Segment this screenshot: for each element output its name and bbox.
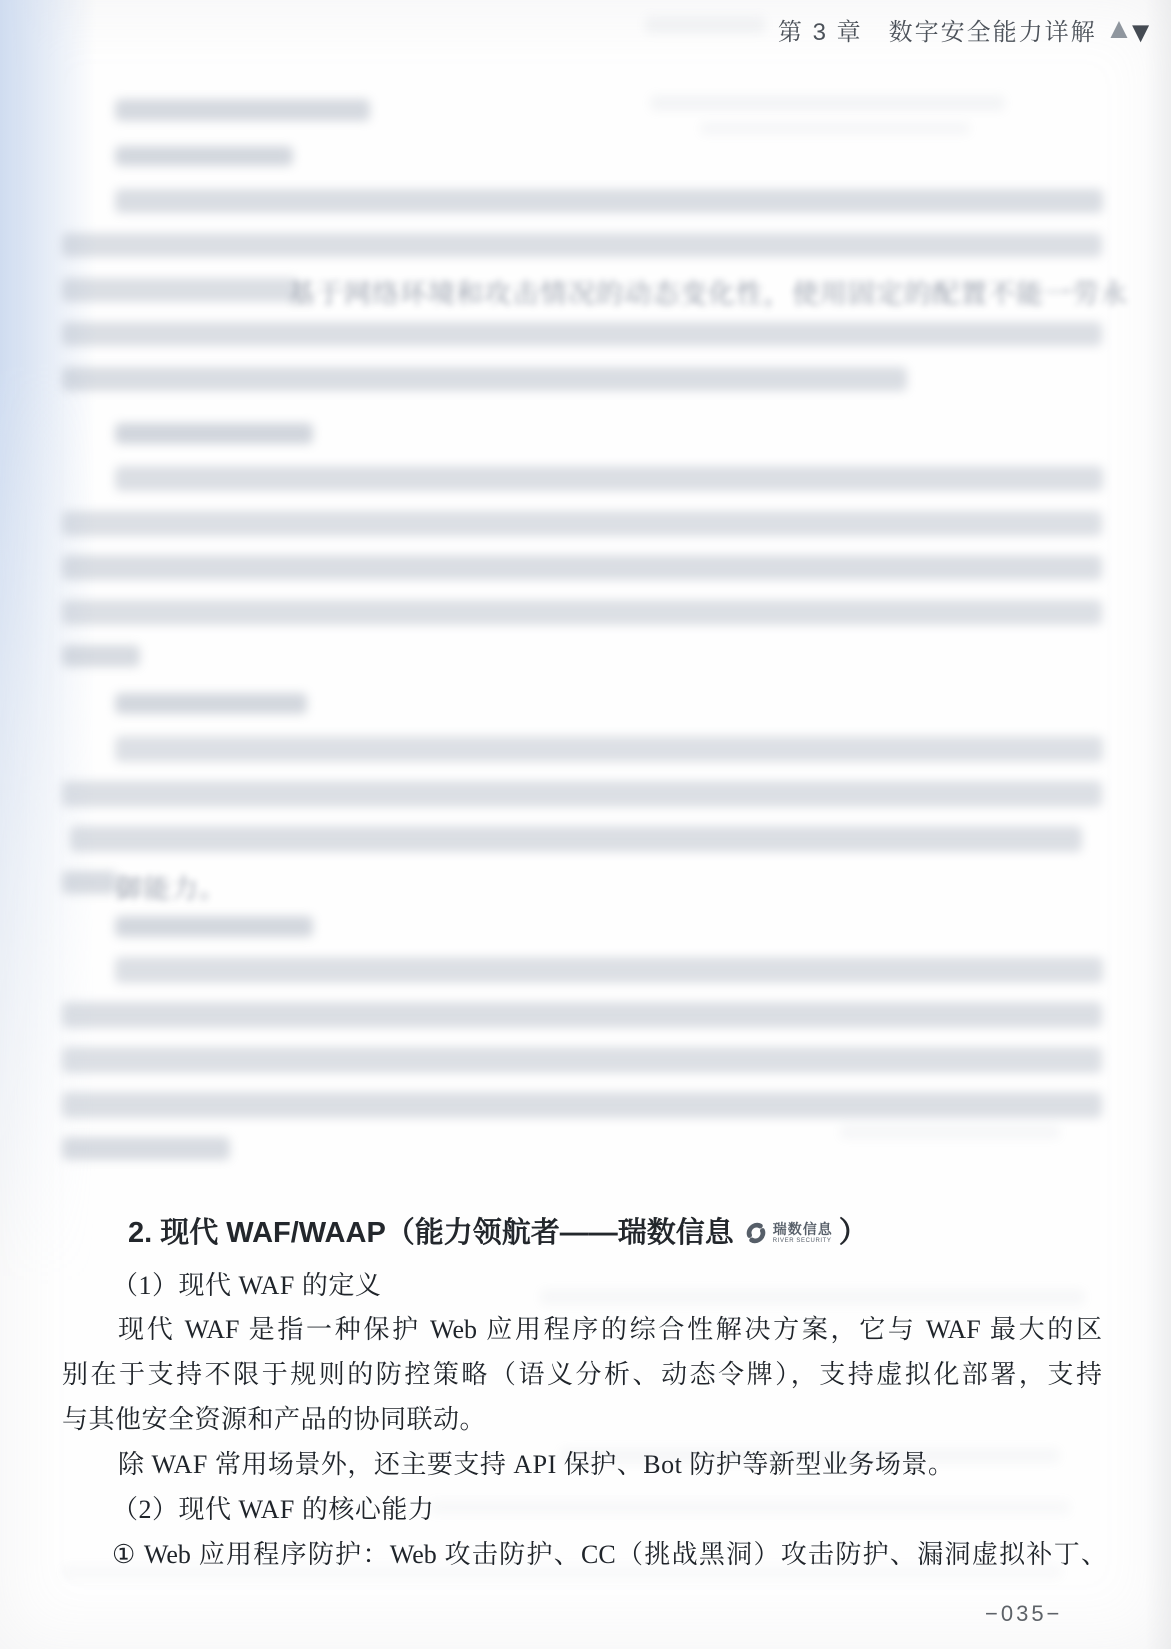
blurred-text-line [115, 916, 313, 937]
blurred-text-line [115, 736, 1103, 762]
blurred-text-line [650, 95, 1005, 111]
blurred-text-line [62, 322, 1102, 346]
blurred-text-line [115, 466, 1103, 491]
blurred-text-line [700, 122, 970, 135]
river-security-logo: 瑞数信息 RIVER SECURITY [744, 1220, 833, 1246]
right-edge-scan-shading [1145, 0, 1171, 1649]
blurred-text-line [62, 871, 117, 894]
blurred-text-line [115, 146, 293, 166]
body-line: ① Web 应用程序防护：Web 攻击防护、CC（挑战黑洞）攻击防护、漏洞虚拟补… [112, 1534, 1107, 1571]
section-heading-close-paren: ） [839, 1210, 868, 1251]
blurred-text-line [62, 367, 907, 391]
page-header: 第 3 章 数字安全能力详解 ▲ ▼ [778, 12, 1155, 47]
blurred-text-line [115, 423, 313, 444]
blurred-text-line [62, 645, 140, 667]
blurred-text-line [62, 511, 1102, 536]
blurred-text-line [62, 233, 1102, 257]
body-line: （2）现代 WAF 的核心能力 [112, 1489, 434, 1526]
blurred-text-line [115, 189, 1103, 213]
vendor-logo-text: 瑞数信息 RIVER SECURITY [773, 1222, 833, 1244]
swirl-logo-icon [742, 1220, 770, 1246]
blurred-text-line [430, 1500, 1070, 1515]
blurred-text-line [70, 826, 1082, 852]
section-heading: 2. 现代 WAF/WAAP（能力领航者——瑞数信息 瑞数信息 RIVER SE… [128, 1210, 868, 1251]
blurred-text-line [840, 1125, 1060, 1139]
blurred-text-line [62, 1002, 1102, 1028]
section-heading-text: 2. 现代 WAF/WAAP（能力领航者——瑞数信息 [128, 1210, 734, 1251]
blurred-text-line [62, 278, 297, 302]
blurred-text-line [62, 1137, 230, 1160]
blurred-text-line [645, 16, 765, 34]
vendor-subtitle: RIVER SECURITY [773, 1238, 833, 1244]
semi-legible-text: 御能力。 [115, 867, 227, 906]
blurred-text-line [115, 957, 1103, 983]
semi-legible-text: 基于网络环境和攻击情况的动态变化性，使用固定的配置不能一劳永 [288, 272, 1128, 311]
blurred-text-line [540, 1289, 1085, 1305]
blurred-text-line [115, 693, 307, 714]
body-line: 与其他安全资源和产品的协同联动。 [62, 1399, 486, 1436]
body-line: 除 WAF 常用场景外，还主要支持 API 保护、Bot 防护等新型业务场景。 [118, 1444, 954, 1481]
triangle-down-icon: ▼ [1126, 19, 1155, 48]
blurred-text-line [62, 1092, 1102, 1118]
blurred-text-line [62, 600, 1102, 625]
scanned-book-page: 第 3 章 数字安全能力详解 ▲ ▼ 基于网络环境和攻击情况的动态变化性，使用固… [0, 0, 1171, 1649]
blurred-text-line [62, 555, 1102, 580]
blurred-text-line [115, 99, 370, 121]
page-number: −035− [985, 1601, 1062, 1627]
body-line: （1）现代 WAF 的定义 [112, 1265, 381, 1302]
body-line: 别在于支持不限于规则的防控策略（语义分析、动态令牌），支持虚拟化部署，支持 [62, 1354, 1102, 1391]
blurred-text-line [62, 1047, 1102, 1073]
vendor-name: 瑞数信息 [773, 1222, 833, 1236]
chapter-title: 第 3 章 数字安全能力详解 [778, 12, 1097, 47]
blurred-text-line [62, 781, 1102, 807]
body-line: 现代 WAF 是指一种保护 Web 应用程序的综合性解决方案，它与 WAF 最大… [118, 1309, 1102, 1346]
